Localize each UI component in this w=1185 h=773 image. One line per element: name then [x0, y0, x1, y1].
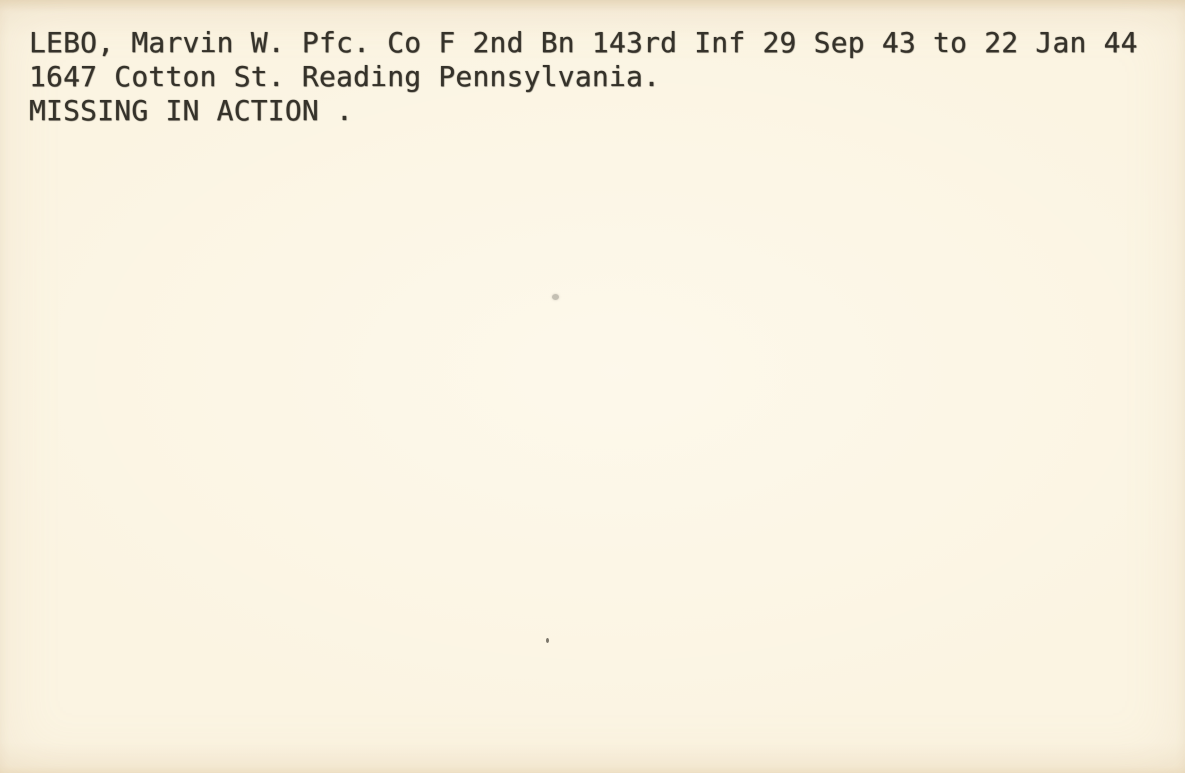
- card-line-address: 1647 Cotton St. Reading Pennsylvania.: [29, 60, 1175, 94]
- paper-speck: [552, 294, 559, 300]
- paper-speck: [546, 638, 549, 643]
- card-line-status: MISSING IN ACTION .: [29, 94, 1175, 128]
- card-line-name-unit-dates: LEBO, Marvin W. Pfc. Co F 2nd Bn 143rd I…: [29, 26, 1175, 60]
- scanned-card: LEBO, Marvin W. Pfc. Co F 2nd Bn 143rd I…: [0, 0, 1185, 773]
- typed-text-block: LEBO, Marvin W. Pfc. Co F 2nd Bn 143rd I…: [29, 26, 1175, 128]
